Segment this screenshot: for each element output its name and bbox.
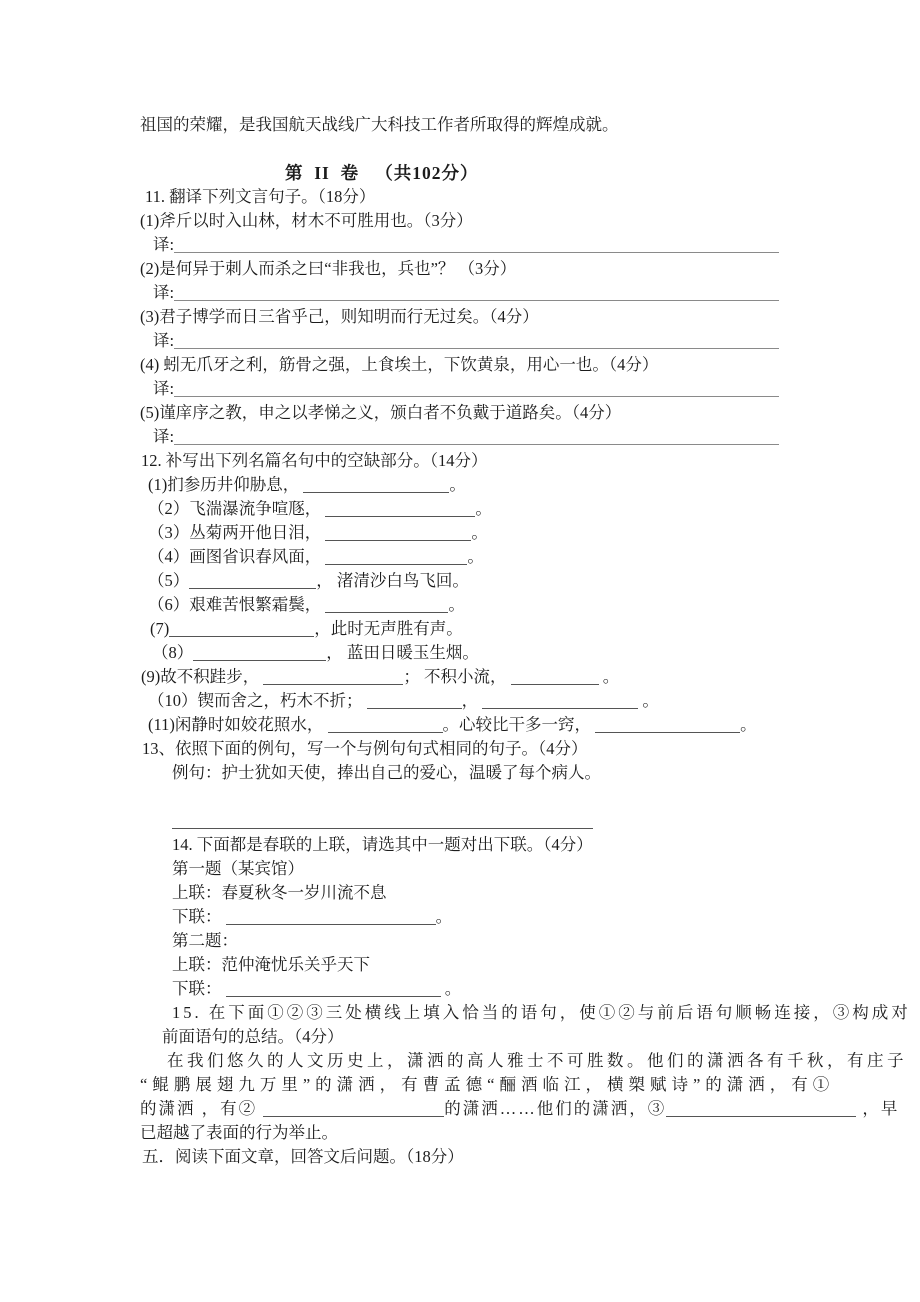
q14-first-lower: 下联： 。 — [140, 905, 920, 929]
q12-item-5: （5）， 渚清沙白鸟飞回。 — [140, 569, 920, 593]
spacer-line — [140, 785, 920, 809]
answer-blank — [174, 237, 779, 253]
text-run: 。 — [638, 691, 659, 710]
answer-blank — [174, 285, 779, 301]
q11-answer-2: 译: — [140, 281, 920, 305]
text-run: 译: — [153, 283, 174, 302]
text-run: （2）飞湍瀑流争喧豗， — [148, 499, 325, 518]
text-run: （10）锲而舍之，朽木不折； — [148, 691, 367, 710]
q12-item-6: （6）艰难苦恨繁霜鬓， 。 — [140, 593, 920, 617]
text-run: 第 II 卷 （共102分） — [285, 163, 479, 183]
text-run: 。 — [740, 715, 757, 734]
text-run: 第二题： — [172, 931, 238, 950]
answer-blank — [172, 813, 593, 829]
text-run: 。 — [441, 979, 462, 998]
text-run: 。心较比干多一窍， — [443, 715, 596, 734]
q13-example: 例句：护士犹如天使，捧出自己的爱心，温暖了每个病人。 — [140, 761, 920, 785]
answer-blank — [226, 981, 441, 997]
document-page: 祖国的荣耀，是我国航天战线广大科技工作者所取得的辉煌成就。第 II 卷 （共10… — [0, 0, 920, 1302]
q11-item-1: (1)斧斤以时入山林，材木不可胜用也。（3分） — [140, 209, 920, 233]
intro-paragraph-tail: 祖国的荣耀，是我国航天战线广大科技工作者所取得的辉煌成就。 — [140, 113, 920, 137]
text-run: 译: — [153, 235, 174, 254]
q11-item-4: (4) 蚓无爪牙之利，筋骨之强，上食埃土，下饮黄泉，用心一也。（4分） — [140, 353, 920, 377]
q15-passage-line-3: 的潇洒 ，有② 的潇洒……他们的潇洒，③ ，早 — [140, 1097, 920, 1121]
text-run: （4）画图省识春风面， — [148, 547, 325, 566]
q12-item-9: (9)故不积跬步， ； 不积小流， 。 — [140, 665, 920, 689]
document-content: 祖国的荣耀，是我国航天战线广大科技工作者所取得的辉煌成就。第 II 卷 （共10… — [140, 113, 920, 1169]
q14-second-lower: 下联： 。 — [140, 977, 920, 1001]
text-run: ，此时无声胜有声。 — [314, 619, 463, 638]
text-run: （8） — [152, 643, 193, 662]
text-run: 译: — [153, 331, 174, 350]
q12-item-3: （3）丛菊两开他日泪， 。 — [140, 521, 920, 545]
q12-item-10: （10）锲而舍之，朽木不折； ， 。 — [140, 689, 920, 713]
text-run: 上联：范仲淹忧乐关乎天下 — [172, 955, 370, 974]
answer-blank — [325, 549, 467, 565]
text-run: (9)故不积跬步， — [141, 667, 263, 686]
text-run: 。 — [475, 499, 492, 518]
q14-first-title: 第一题（某宾馆） — [140, 857, 920, 881]
q11-item-2: (2)是何异于刺人而杀之曰“非我也，兵也”？ （3分） — [140, 257, 920, 281]
answer-blank — [303, 477, 449, 493]
text-run: 11. 翻译下列文言句子。（18分） — [145, 187, 375, 206]
q13-answer-line — [140, 809, 920, 833]
text-run: (3)君子博学而日三省乎己，则知明而行无过矣。（4分） — [140, 307, 539, 326]
text-run: (5)谨庠序之教，申之以孝悌之义，颁白者不负戴于道路矣。（4分） — [140, 403, 621, 422]
answer-blank — [325, 525, 471, 541]
answer-blank — [193, 645, 326, 661]
q12-item-4: （4）画图省识春风面， 。 — [140, 545, 920, 569]
text-run: （3）丛菊两开他日泪， — [148, 523, 325, 542]
answer-blank — [174, 429, 779, 445]
text-run: 下联： — [172, 979, 226, 998]
q12-header: 12. 补写出下列名篇名句中的空缺部分。（14分） — [140, 449, 920, 473]
text-run: 。 — [448, 595, 465, 614]
text-run: （5） — [148, 571, 189, 590]
text-run: (4) 蚓无爪牙之利，筋骨之强，上食埃土，下饮黄泉，用心一也。（4分） — [140, 355, 658, 374]
text-run: 。 — [436, 907, 453, 926]
text-run: 15. 在下面①②③三处横线上填入恰当的语句，使①②与前后语句顺畅连接，③构成对 — [172, 1003, 911, 1022]
q13-header: 13、依照下面的例句，写一个与例句句式相同的句子。（4分） — [140, 737, 920, 761]
section-heading: 第 II 卷 （共102分） — [140, 161, 920, 185]
q15-header-line-2: 前面语句的总结。（4分） — [140, 1025, 920, 1049]
text-run: 例句：护士犹如天使，捧出自己的爱心，温暖了每个病人。 — [172, 763, 601, 782]
text-run: 。 — [471, 523, 488, 542]
answer-blank — [169, 621, 314, 637]
q12-item-7: (7)，此时无声胜有声。 — [140, 617, 920, 641]
text-run: 在我们悠久的人文历史上，潇洒的高人雅士不可胜数。他们的潇洒各有千秋，有庄子 — [167, 1051, 907, 1070]
answer-blank — [325, 501, 475, 517]
text-run: (11)闲静时如姣花照水， — [148, 715, 328, 734]
q12-item-11: (11)闲静时如姣花照水， 。心较比干多一窍， 。 — [140, 713, 920, 737]
q14-first-upper: 上联：春夏秋冬一岁川流不息 — [140, 881, 920, 905]
answer-blank — [482, 693, 638, 709]
q11-answer-5: 译: — [140, 425, 920, 449]
answer-blank — [325, 597, 448, 613]
answer-blank — [189, 573, 316, 589]
text-run: （6）艰难苦恨繁霜鬓， — [148, 595, 325, 614]
answer-blank — [226, 909, 436, 925]
q11-header: 11. 翻译下列文言句子。（18分） — [140, 185, 920, 209]
text-run: 13、依照下面的例句，写一个与例句句式相同的句子。（4分） — [142, 739, 588, 758]
text-run: (1)扪参历井仰胁息， — [148, 475, 303, 494]
text-run: ， — [462, 691, 483, 710]
text-run: 12. 补写出下列名篇名句中的空缺部分。（14分） — [141, 451, 488, 470]
text-run: 祖国的荣耀，是我国航天战线广大科技工作者所取得的辉煌成就。 — [140, 115, 619, 134]
q12-item-8: （8）， 蓝田日暖玉生烟。 — [140, 641, 920, 665]
text-run: 译: — [153, 427, 174, 446]
text-run: 下联： — [172, 907, 226, 926]
q11-answer-4: 译: — [140, 377, 920, 401]
answer-blank — [174, 381, 779, 397]
q11-item-5: (5)谨庠序之教，申之以孝悌之义，颁白者不负戴于道路矣。（4分） — [140, 401, 920, 425]
answer-blank — [174, 333, 779, 349]
text-run: (7) — [150, 619, 169, 638]
text-run: (2)是何异于刺人而杀之曰“非我也，兵也”？ （3分） — [140, 259, 516, 278]
q15-passage-line-2: “鲲鹏展翅九万里”的潇洒，有曹孟德“酾酒临江，横槊赋诗”的潇洒，有① — [140, 1073, 920, 1097]
text-run: 前面语句的总结。（4分） — [162, 1027, 344, 1046]
text-run: 的潇洒……他们的潇洒，③ — [444, 1099, 666, 1118]
answer-blank — [263, 669, 403, 685]
q11-answer-3: 译: — [140, 329, 920, 353]
q14-second-upper: 上联：范仲淹忧乐关乎天下 — [140, 953, 920, 977]
text-run: ，早 — [856, 1099, 899, 1118]
text-run: 已超越了表面的行为举止。 — [140, 1123, 338, 1142]
text-run: ， 蓝田日暖玉生烟。 — [326, 643, 479, 662]
text-run: 的潇洒 ，有② — [140, 1099, 263, 1118]
text-run: ； 不积小流， — [403, 667, 510, 686]
answer-blank — [367, 693, 462, 709]
text-run: 上联：春夏秋冬一岁川流不息 — [172, 883, 387, 902]
q11-item-3: (3)君子博学而日三省乎己，则知明而行无过矣。（4分） — [140, 305, 920, 329]
answer-blank — [328, 717, 443, 733]
text-run: 译: — [153, 379, 174, 398]
q14-second-title: 第二题： — [140, 929, 920, 953]
answer-blank — [511, 669, 599, 685]
spacer-line — [140, 137, 920, 161]
q15-passage-line-1: 在我们悠久的人文历史上，潇洒的高人雅士不可胜数。他们的潇洒各有千秋，有庄子 — [140, 1049, 920, 1073]
text-run: (1)斧斤以时入山林，材木不可胜用也。（3分） — [140, 211, 473, 230]
text-run: 。 — [599, 667, 620, 686]
q14-header: 14. 下面都是春联的上联，请选其中一题对出下联。（4分） — [140, 833, 920, 857]
answer-blank — [666, 1101, 856, 1117]
text-run: 第一题（某宾馆） — [172, 859, 304, 878]
text-run: 五．阅读下面文章，回答文后问题。（18分） — [142, 1147, 464, 1166]
text-run: ， 渚清沙白鸟飞回。 — [316, 571, 469, 590]
text-run: “鲲鹏展翅九万里”的潇洒，有曹孟德“酾酒临江，横槊赋诗”的潇洒，有① — [140, 1075, 834, 1094]
q12-item-2: （2）飞湍瀑流争喧豗， 。 — [140, 497, 920, 521]
q15-passage-line-4: 已超越了表面的行为举止。 — [140, 1121, 920, 1145]
q12-item-1: (1)扪参历井仰胁息， 。 — [140, 473, 920, 497]
text-run: 。 — [449, 475, 466, 494]
q15-header-line-1: 15. 在下面①②③三处横线上填入恰当的语句，使①②与前后语句顺畅连接，③构成对 — [140, 1001, 920, 1025]
text-run: 14. 下面都是春联的上联，请选其中一题对出下联。（4分） — [172, 835, 593, 854]
q11-answer-1: 译: — [140, 233, 920, 257]
text-run: 。 — [467, 547, 484, 566]
answer-blank — [595, 717, 740, 733]
section-5-header: 五．阅读下面文章，回答文后问题。（18分） — [140, 1145, 920, 1169]
answer-blank — [263, 1101, 444, 1117]
